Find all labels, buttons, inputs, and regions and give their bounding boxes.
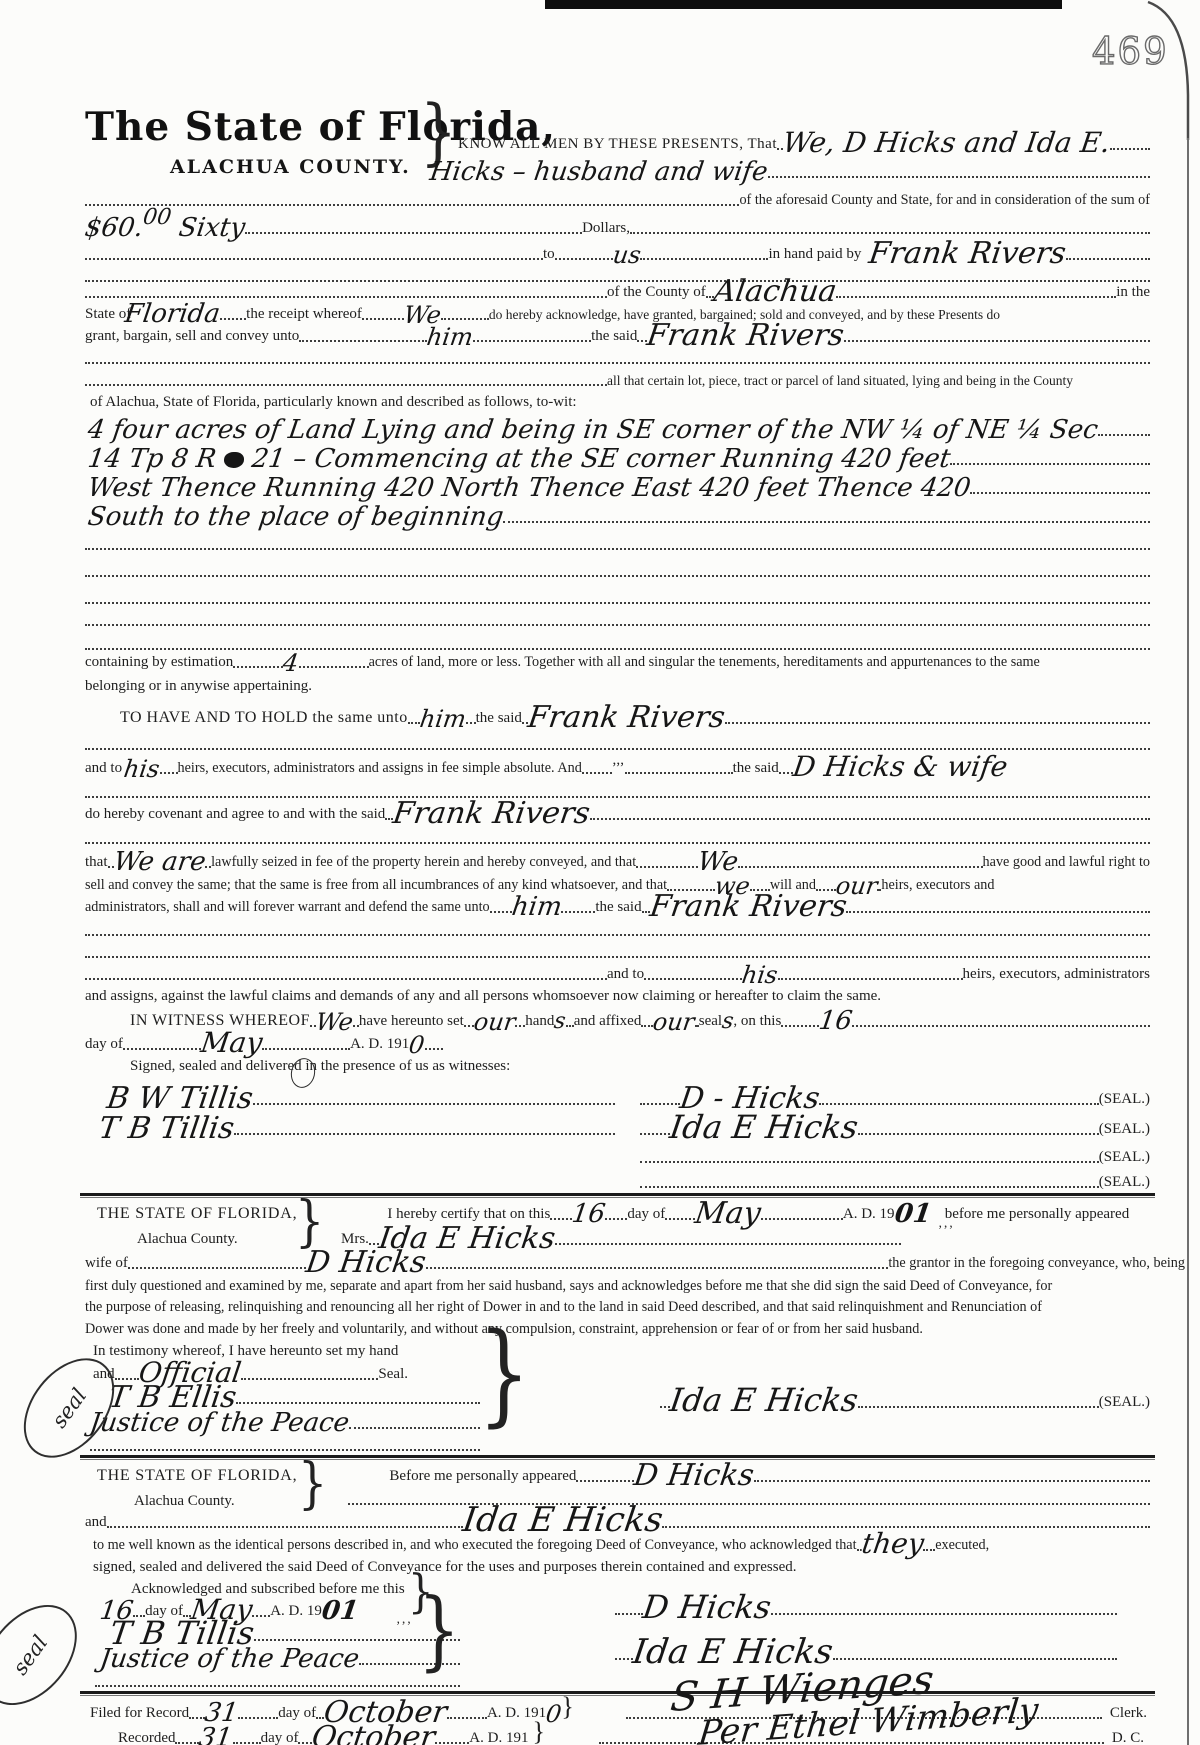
- ack1-testimony-line: In testimony whereof, I have hereunto se…: [93, 1337, 513, 1357]
- hw-ack1-month: May: [694, 1201, 763, 1227]
- hw-our: our: [472, 1012, 516, 1032]
- aforesaid-text: of the aforesaid County and State, for a…: [739, 192, 1150, 209]
- hw-his: his: [123, 759, 161, 779]
- dots: [515, 1024, 525, 1027]
- dots: [85, 795, 1150, 798]
- set-text: have hereunto set: [359, 1013, 464, 1030]
- ack2-delivered-line: signed, sealed and delivered the said De…: [93, 1553, 1150, 1573]
- page-number: 469: [1092, 30, 1169, 73]
- dots: [236, 1401, 480, 1404]
- hw-ack2-year: 01: [320, 1600, 359, 1622]
- section-divider: [80, 1455, 1155, 1460]
- page-edge-line: [1187, 138, 1189, 1745]
- blank-line: [85, 606, 1150, 626]
- hw-ack1-signature: Ida E Hicks: [668, 1387, 860, 1414]
- description-line-4: South to the place of beginning: [88, 503, 1150, 523]
- convey-line: grant, bargain, sell and convey unto him…: [85, 322, 1150, 342]
- hw-ack2-sig-2: Ida E Hicks: [631, 1638, 835, 1667]
- ack1-wife-of-line: wife of D Hicks the grantor in the foreg…: [85, 1249, 1185, 1269]
- ack1-para-1: first duly questioned and examined by me…: [85, 1272, 1185, 1292]
- dots: [85, 977, 607, 980]
- dots: [566, 1024, 574, 1027]
- hw-recorded-day: 31: [198, 1727, 234, 1745]
- the-said-text: the said: [595, 899, 641, 916]
- ack2-and-line: and Ida E Hicks: [85, 1508, 1150, 1528]
- seized-text: lawfully seized in fee of the property h…: [211, 854, 636, 871]
- day-of-text: day of: [278, 1705, 316, 1722]
- ack2-justice-title-line: Justice of the Peace: [100, 1645, 460, 1665]
- dots: [725, 721, 1150, 724]
- dots: [490, 910, 512, 913]
- to-text: to: [543, 246, 555, 263]
- paid-by-line: to us in hand paid by Frank Rivers: [85, 240, 1150, 260]
- seal-label: (SEAL.): [1099, 1394, 1150, 1411]
- ack1-appeared-text: before me personally appeared: [945, 1206, 1130, 1223]
- hw-witness-1: B W Tillis: [105, 1086, 254, 1112]
- seal-stamp-text: seal: [8, 1631, 52, 1679]
- hw-our-2: our: [652, 1012, 696, 1032]
- dots: [615, 1657, 633, 1660]
- grantor-sig-row-1: D - Hicks (SEAL.): [640, 1085, 1150, 1105]
- heirs-text: heirs, executors, administrators and ass…: [178, 760, 582, 777]
- dots: [220, 317, 246, 320]
- know-all-text: KNOW ALL MEN BY THESE PRESENTS, That: [458, 136, 777, 153]
- filed-text: Filed for Record: [90, 1705, 189, 1722]
- dots: [362, 317, 404, 320]
- hw-grantor-sig-2: Ida E Hicks: [668, 1114, 860, 1141]
- day-of-text: day of: [85, 1036, 123, 1053]
- hw-grantee: Frank Rivers: [526, 705, 726, 731]
- description-line-2: 14 Tp 8 R 21 – Commencing at the SE corn…: [88, 445, 1150, 465]
- dots: [85, 601, 1150, 604]
- dots: [615, 1612, 643, 1615]
- dots: [625, 771, 733, 774]
- hw-acres: 4: [282, 653, 300, 673]
- seal-stamp-text: seal: [47, 1384, 91, 1432]
- hw-desc-3: West Thence Running 420 North Thence Eas…: [86, 477, 972, 499]
- right-text: have good and lawful right to: [983, 854, 1150, 871]
- page-subtitle: ALACHUA COUNTY.: [170, 156, 411, 178]
- presence-line: Signed, sealed and delivered in the pres…: [130, 1052, 730, 1072]
- seal-label: (SEAL.): [1099, 1091, 1150, 1108]
- dots: [640, 257, 768, 260]
- ack1-justice-sig-line: T B Ellis: [95, 1384, 480, 1404]
- belonging-text: belonging or in anywise appertaining.: [85, 678, 312, 695]
- dots: [441, 317, 489, 320]
- witness-sig-row-1: B W Tillis: [85, 1085, 615, 1105]
- county-line: of the County of Alachua in the: [85, 278, 1150, 298]
- ack2-sig-line-2: Ida E Hicks: [615, 1640, 1117, 1660]
- dots: [447, 1716, 487, 1719]
- and-text: and: [85, 1514, 107, 1531]
- dots: [582, 771, 612, 774]
- dots: [85, 383, 607, 386]
- hw-ack1-year: 01: [893, 1203, 932, 1225]
- seal-stamp-2: seal: [0, 1587, 96, 1723]
- ad-text: A. D. 191: [469, 1730, 528, 1745]
- ack1-county-text: Alachua County.: [137, 1231, 238, 1248]
- blank-line: [85, 938, 1150, 958]
- dots: [233, 1741, 261, 1744]
- blank-line: [85, 630, 1150, 650]
- seal-label: (SEAL.): [1099, 1149, 1150, 1166]
- dots: [858, 1132, 1099, 1135]
- hw-ack2-sig-1: D Hicks: [641, 1594, 773, 1621]
- in-the-text: in the: [1116, 284, 1150, 301]
- dots: [234, 1132, 615, 1135]
- seal-label: (SEAL.): [1099, 1121, 1150, 1138]
- dots: [576, 1479, 634, 1482]
- ack1-mrs-line: Mrs. Ida E Hicks: [341, 1225, 901, 1245]
- dots: [836, 295, 1116, 298]
- hw-him: him: [418, 709, 467, 729]
- dots: [778, 977, 963, 980]
- dots: [605, 1217, 627, 1220]
- dots: [630, 231, 1150, 234]
- dots: [262, 1047, 350, 1050]
- hw-ack2-justice-sig: T B Tillis: [108, 1620, 256, 1647]
- dots: [123, 1047, 201, 1050]
- blank-line: [85, 344, 1150, 364]
- description-line-1: 4 four acres of Land Lying and being in …: [88, 416, 1150, 436]
- the-said-text: the said: [476, 710, 522, 727]
- parties-line-1: KNOW ALL MEN BY THESE PRESENTS, That We,…: [458, 130, 1150, 150]
- hw-we: We: [697, 851, 740, 873]
- dots: [90, 1448, 480, 1451]
- and-to-text: and to: [607, 966, 644, 983]
- to-wit-line: of Alachua, State of Florida, particular…: [90, 388, 1150, 408]
- dots: [85, 361, 1150, 364]
- ad-text: A. D. 191: [350, 1036, 409, 1053]
- ack2-known-text: to me well known as the identical person…: [93, 1537, 857, 1554]
- hand-text: hand: [525, 1013, 554, 1030]
- ack2-sig-line-1: D Hicks: [615, 1595, 1117, 1615]
- dots: [555, 1242, 901, 1245]
- dots: [435, 1741, 469, 1744]
- hw-parties: We, D Hicks and Ida E.: [781, 131, 1111, 155]
- hw-amount-sup: 00: [142, 209, 173, 228]
- hw-amount: $60.: [83, 217, 144, 239]
- dots: [241, 1377, 379, 1380]
- hw-recorded-month: October: [311, 1725, 437, 1745]
- on-this-text: , on this: [733, 1013, 781, 1030]
- dots: [590, 817, 1150, 820]
- ack1-para2-text: the purpose of releasing, relinquishing …: [85, 1299, 1042, 1316]
- description-line-3: West Thence Running 420 North Thence Eas…: [88, 474, 1150, 494]
- ack2-subscribed-line: Acknowledged and subscribed before me th…: [131, 1575, 431, 1595]
- blank-line: [85, 557, 1150, 577]
- dots: [950, 462, 1150, 465]
- day-of-text: day of: [261, 1730, 299, 1745]
- heirs-text: heirs, executors and: [881, 877, 994, 894]
- aforesaid-line: of the aforesaid County and State, for a…: [85, 186, 1150, 206]
- dots: [175, 1741, 199, 1744]
- ack1-line-2: Alachua County.: [137, 1225, 337, 1245]
- ack1-testimony-brace: }: [478, 1320, 530, 1431]
- sell-line: sell and convey the same; that the same …: [85, 871, 1150, 891]
- assigns-text: and assigns, against the lawful claims a…: [85, 988, 881, 1005]
- scan-edge-bar: [545, 0, 1062, 9]
- described-text: of Alachua, State of Florida, particular…: [90, 394, 577, 411]
- the-said-text: the said: [733, 760, 779, 777]
- hw-him: him: [510, 896, 563, 918]
- dots: [85, 295, 607, 298]
- covenant-intro-line: do hereby covenant and agree to and with…: [85, 800, 1150, 820]
- hw-desc-2b: 21 – Commencing at the SE corner Running…: [250, 448, 951, 470]
- defend-text: administrators, shall and will forever w…: [85, 899, 490, 916]
- to-have-line: TO HAVE AND TO HOLD the same unto him th…: [120, 704, 1150, 724]
- ack1-official-seal-line: and Official Seal.: [93, 1360, 408, 1380]
- and-to-text: and to: [85, 760, 122, 777]
- dots: [128, 1266, 306, 1269]
- ack2-known-line: to me well known as the identical person…: [93, 1531, 1150, 1551]
- dots: [833, 1657, 1117, 1660]
- hw-grantee-2: Frank Rivers: [392, 801, 592, 827]
- dots: [85, 574, 1150, 577]
- dots: [85, 257, 543, 260]
- ack2-executed-text: executed,: [935, 1537, 989, 1554]
- dots: [636, 865, 698, 868]
- dots: [426, 1266, 889, 1269]
- dots: [819, 1102, 1098, 1105]
- hw-we: We: [315, 1012, 355, 1032]
- blank-line: [85, 730, 1150, 750]
- filed-brace: }: [561, 1692, 573, 1722]
- blank-line: [90, 1431, 480, 1451]
- dots: [640, 1132, 670, 1135]
- ack2-line-1: THE STATE OF FLORIDA, Before me personal…: [97, 1462, 1150, 1482]
- hw-grantors: D Hicks & wife: [791, 755, 1009, 779]
- dots: [640, 1160, 1099, 1163]
- blank-line: [85, 824, 1150, 844]
- in-witness-line: IN WITNESS WHEREOF We have hereunto set …: [130, 1007, 1150, 1027]
- seal-text: seal: [699, 1013, 722, 1030]
- ack2-delivered-text: signed, sealed and delivered the said De…: [93, 1559, 797, 1576]
- dots: [665, 1217, 695, 1220]
- dots: [970, 491, 1150, 494]
- dots: [640, 1185, 1099, 1188]
- dots: [768, 175, 1150, 178]
- ink-blot: [224, 452, 244, 468]
- blank-line: [85, 778, 1150, 798]
- dots: [85, 623, 1150, 626]
- dots: [189, 1716, 205, 1719]
- ack1-signature-line: Ida E Hicks (SEAL.): [660, 1388, 1150, 1408]
- convey-text: grant, bargain, sell and convey unto: [85, 328, 299, 345]
- hw-we-are: We are: [112, 851, 207, 873]
- deputy-clerk-signature: Per Ethel Wimberly: [700, 1708, 1036, 1738]
- dots: [923, 1548, 935, 1551]
- witness-sig-row-2: T B Tillis: [85, 1115, 615, 1135]
- dots: [550, 1217, 572, 1220]
- ack1-day-of-text: day of: [627, 1206, 665, 1223]
- recorded-brace: }: [532, 1717, 544, 1745]
- covenant-text: do hereby covenant and agree to and with…: [85, 806, 385, 823]
- hw-amount-word: Sixty: [177, 217, 246, 239]
- all-that-line: all that certain lot, piece, tract or pa…: [85, 366, 1150, 386]
- dots: [238, 1716, 278, 1719]
- dots: [640, 1102, 680, 1105]
- blank-line: [85, 530, 1150, 550]
- blank-line: [85, 916, 1150, 936]
- hw-witness-2: T B Tillis: [97, 1116, 236, 1142]
- ack1-state-text: THE STATE OF FLORIDA,: [97, 1205, 297, 1223]
- defend-line: administrators, shall and will forever w…: [85, 893, 1150, 913]
- heirs-2-text: heirs, executors, administrators: [963, 966, 1150, 983]
- sell-text: sell and convey the same; that the same …: [85, 877, 667, 894]
- ditto-marks: ’’’: [612, 760, 625, 777]
- containing-post-text: acres of land, more or less. Together wi…: [369, 654, 1040, 671]
- ack2-county-line: Alachua County.: [134, 1487, 334, 1507]
- containing-text: containing by estimation: [85, 654, 233, 671]
- blank-line: [85, 584, 1150, 604]
- grantor-sig-row-2: Ida E Hicks (SEAL.): [640, 1115, 1150, 1135]
- hw-day: 16: [818, 1010, 854, 1032]
- seal-row-3: (SEAL.): [640, 1143, 1150, 1163]
- ack1-para-3: Dower was done and made by her freely an…: [85, 1315, 1185, 1335]
- dollars-text: Dollars,: [582, 220, 630, 237]
- parties-line-2: Hicks – husband and wife: [430, 158, 1150, 178]
- receipt-line: State of Florida the receipt whereof We …: [85, 300, 1150, 320]
- dots: [771, 1612, 1117, 1615]
- dots: [253, 1102, 615, 1105]
- in-hand-text: in hand paid by: [768, 246, 861, 263]
- dots: [95, 1684, 460, 1687]
- ack1-ad-text: A. D. 19: [843, 1206, 895, 1223]
- blank-line: [95, 1667, 460, 1687]
- affixed-text: and affixed: [574, 1013, 642, 1030]
- dots: [425, 1047, 443, 1050]
- dots: [781, 1024, 819, 1027]
- dots: [85, 547, 1150, 550]
- belonging-line: belonging or in anywise appertaining.: [85, 672, 1150, 692]
- dots: [754, 1479, 1150, 1482]
- ack2-state-text: THE STATE OF FLORIDA,: [97, 1467, 297, 1485]
- dots: [233, 665, 283, 668]
- dots: [1110, 147, 1150, 150]
- dots: [107, 1525, 463, 1528]
- ack1-justice-title-line: Justice of the Peace: [90, 1409, 480, 1429]
- the-said-text: the said: [591, 328, 637, 345]
- dots: [299, 339, 427, 342]
- receipt-text: the receipt whereof: [246, 306, 362, 323]
- ack1-grantor-text: the grantor in the foregoing conveyance,…: [888, 1255, 1185, 1272]
- and-to-heirs-line: and to his heirs, executors, administrat…: [85, 960, 1150, 980]
- dots: [858, 1405, 1099, 1408]
- dots: [85, 955, 1150, 958]
- containing-line: containing by estimation 4 acres of land…: [85, 648, 1150, 668]
- dots: [473, 339, 591, 342]
- hw-parties-2: Hicks – husband and wife: [428, 161, 769, 183]
- hw-desc-2a: 14 Tp 8 R: [86, 448, 217, 470]
- ack1-para-2: the purpose of releasing, relinquishing …: [85, 1293, 1185, 1313]
- dots: [844, 339, 1150, 342]
- dots: [846, 910, 1150, 913]
- section-divider: [80, 1193, 1155, 1198]
- dots: [852, 1024, 1150, 1027]
- subscribed-text: Acknowledged and subscribed before me th…: [131, 1581, 405, 1598]
- amount-line: $60. 00 Sixty Dollars,: [85, 214, 1150, 234]
- dots: [466, 721, 476, 724]
- dots: [644, 977, 742, 980]
- hw-justice-signature: T B Ellis: [107, 1385, 238, 1411]
- seal-word-text: Seal.: [378, 1366, 408, 1383]
- dots: [85, 841, 1150, 844]
- of-county-text: of the County of: [607, 284, 706, 301]
- dots: [245, 231, 582, 234]
- dots: [1098, 433, 1150, 436]
- ack2-before-text: Before me personally appeared: [389, 1468, 576, 1485]
- seal-label: (SEAL.): [1099, 1174, 1150, 1191]
- ack1-line-1: THE STATE OF FLORIDA, I hereby certify t…: [97, 1200, 1187, 1220]
- deed-record-page: 469 The State of Florida, ALACHUA COUNTY…: [0, 0, 1200, 1745]
- wife-of-text: wife of: [85, 1255, 128, 1272]
- dots: [555, 257, 613, 260]
- hw-filed-day: 31: [204, 1702, 240, 1724]
- dots: [561, 910, 595, 913]
- recorded-text: Recorded: [118, 1730, 175, 1745]
- hw-filed-year: 0: [545, 1704, 563, 1724]
- ack2-justice-sig-line: T B Tillis: [110, 1621, 460, 1641]
- dots: [779, 771, 793, 774]
- ack2-ad-text: A. D. 19: [270, 1603, 322, 1620]
- dots: [408, 721, 420, 724]
- seal-row-4: (SEAL.): [640, 1168, 1150, 1188]
- ack2-justice-brace: }: [418, 1588, 460, 1674]
- that-text: that: [85, 854, 108, 871]
- testimony-text: In testimony whereof, I have hereunto se…: [93, 1343, 398, 1360]
- dots: [761, 1217, 843, 1220]
- date-line: day of May A. D. 191 0: [85, 1030, 565, 1050]
- hw-desc-4: South to the place of beginning: [86, 506, 504, 528]
- dots: [1066, 257, 1150, 260]
- hw-desc-1: 4 four acres of Land Lying and being in …: [86, 419, 1099, 441]
- dc-label: D. C.: [1112, 1730, 1144, 1745]
- heirs-line: and to his heirs, executors, administrat…: [85, 754, 1150, 774]
- to-have-text: TO HAVE AND TO HOLD the same unto: [120, 709, 408, 727]
- seized-line: that We are lawfully seized in fee of th…: [85, 848, 1150, 868]
- assigns-line: and assigns, against the lawful claims a…: [85, 982, 1150, 1002]
- dots: [85, 203, 739, 206]
- dots: [85, 933, 1150, 936]
- all-that-text: all that certain lot, piece, tract or pa…: [607, 373, 1073, 389]
- dots: [160, 771, 178, 774]
- dots: [299, 665, 369, 668]
- hw-ack1-day: 16: [571, 1203, 607, 1225]
- clerk-label: Clerk.: [1110, 1705, 1147, 1722]
- presence-text: Signed, sealed and delivered in the pres…: [130, 1058, 510, 1075]
- dots: [738, 865, 982, 868]
- dots: [503, 520, 1150, 523]
- dots: [349, 1426, 480, 1429]
- ditto-marks: ’’’: [938, 1222, 955, 1238]
